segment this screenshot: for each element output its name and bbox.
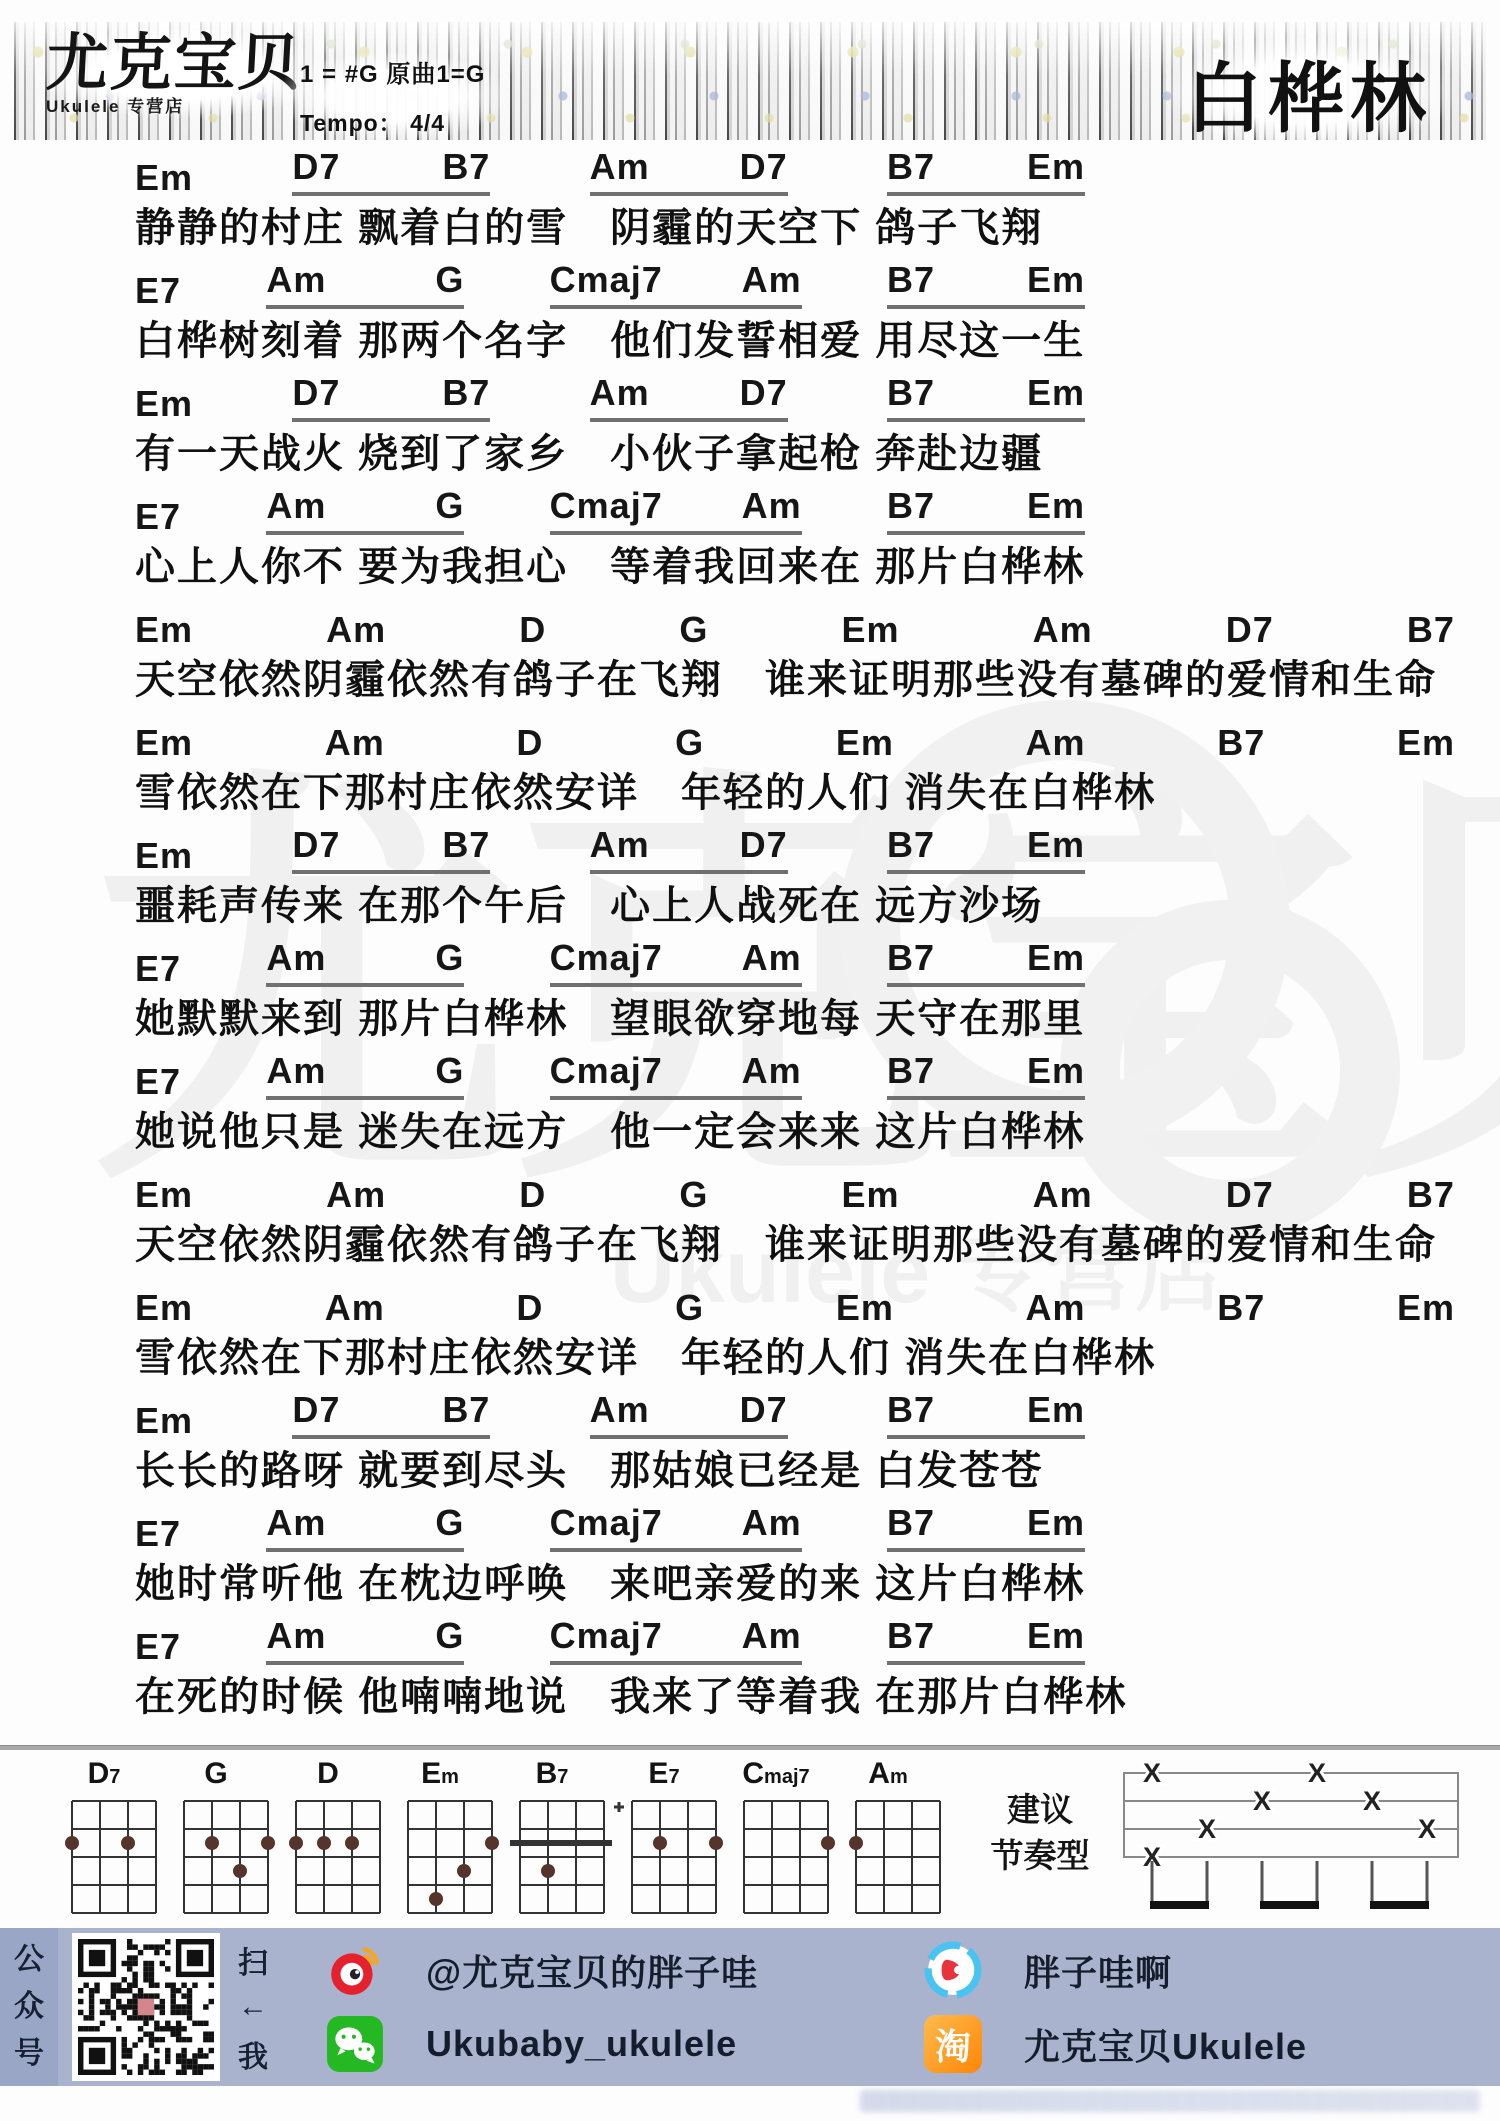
official-account-char: 众	[14, 1992, 44, 2022]
svg-text:X: X	[1253, 1786, 1271, 1816]
chord-symbol: G	[679, 612, 708, 648]
chord-line: E7AmGCmaj7AmB7Em	[135, 1619, 1085, 1665]
chord-symbol: G	[435, 1053, 464, 1089]
chord-group: D	[516, 725, 543, 761]
song-row: EmAmDGEmAmD7B7天空依然阴霾依然有鸽子在飞翔 谁来证明那些没有墓碑的…	[0, 1167, 1500, 1269]
scan-me-char: 我	[238, 2032, 268, 2076]
chord-symbol: E7	[135, 1629, 181, 1665]
chord-diagrams: D7GDEmB7E7Cmaj7Am	[52, 1757, 948, 1924]
lyric-line: 天空依然阴霾依然有鸽子在飞翔 谁来证明那些没有墓碑的爱情和生命	[135, 656, 1500, 704]
svg-text:X: X	[1143, 1763, 1161, 1788]
chord-symbol: B7	[887, 1053, 935, 1089]
chord-group-underlined: Cmaj7Am	[550, 1053, 802, 1100]
chord-diagram: Em	[388, 1757, 492, 1924]
chord-group: Am	[325, 725, 385, 761]
rhythm-label-line2: 节奏型	[970, 1833, 1110, 1879]
chord-group: Em	[135, 1177, 193, 1213]
brand-logo-text: 尤克宝贝	[44, 32, 303, 96]
song-row: E7AmGCmaj7AmB7Em她默默来到 那片白桦林 望眼欲穿地每 天守在那里	[0, 941, 1500, 1043]
chord-group: Em	[1397, 725, 1455, 761]
chord-sheet-page: 尤克宝贝 Ukulele 专营店 1 = #G 原曲1=G Tempo： 4/4…	[0, 0, 1500, 2121]
chord-diagram-panel: D7GDEmB7E7Cmaj7Am 建议 节奏型 XXXXXXX	[0, 1757, 1500, 1925]
chord-symbol: D7	[740, 827, 788, 863]
chord-group: Em	[135, 1290, 193, 1326]
chord-symbol: Cmaj7	[550, 488, 663, 524]
chord-group: E7	[135, 273, 181, 309]
chord-group: B7	[1407, 612, 1455, 648]
chord-diagram-label-sub: maj7	[764, 1766, 810, 1788]
chord-group-underlined: AmG	[266, 940, 464, 987]
chord-symbol: Am	[742, 940, 802, 976]
chord-group: D	[519, 612, 546, 648]
lyric-line: 白桦树刻着 那两个名字 他们发誓相爱 用尽这一生	[135, 317, 1500, 365]
lyric-line: 天空依然阴霾依然有鸽子在飞翔 谁来证明那些没有墓碑的爱情和生命	[135, 1221, 1500, 1269]
chord-symbol: Em	[1027, 1053, 1085, 1089]
faint-watermark-smudge	[860, 2090, 1480, 2112]
chord-diagram-label-sub: 7	[109, 1766, 120, 1788]
chord-symbol: G	[435, 488, 464, 524]
song-row: EmD7B7AmD7B7Em有一天战火 烧到了家乡 小伙子拿起枪 奔赴边疆	[0, 376, 1500, 478]
chord-group: Em	[135, 838, 193, 874]
chord-symbol: Em	[1027, 1392, 1085, 1428]
fretboard-grid	[612, 1793, 724, 1919]
chord-symbol: B7	[1407, 1177, 1455, 1213]
chord-diagram-label-sub: 7	[668, 1766, 679, 1788]
chord-symbol: Em	[1027, 1505, 1085, 1541]
chord-symbol: D	[519, 1177, 546, 1213]
weibo-handle: @尤克宝贝的胖子哇	[426, 1945, 898, 1996]
official-account-char: 号	[14, 2039, 44, 2069]
chord-group: Em	[842, 1177, 900, 1213]
fretboard-grid	[724, 1793, 836, 1919]
official-account-label: 公众号	[0, 1928, 58, 2086]
chord-diagram: G	[164, 1757, 268, 1924]
song-row: EmAmDGEmAmB7Em雪依然在下那村庄依然安详 年轻的人们 消失在白桦林	[0, 1280, 1500, 1382]
chord-symbol: E7	[135, 273, 181, 309]
song-row: EmAmDGEmAmB7Em雪依然在下那村庄依然安详 年轻的人们 消失在白桦林	[0, 715, 1500, 817]
fretboard-grid	[52, 1793, 164, 1919]
chord-line: E7AmGCmaj7AmB7Em	[135, 1506, 1085, 1552]
taobao-shop-name: 尤克宝贝Ukulele	[1024, 2019, 1307, 2070]
chord-symbol: D7	[740, 375, 788, 411]
chord-symbol: B7	[887, 375, 935, 411]
video-account-name: 胖子哇啊	[1024, 1945, 1307, 1996]
lyric-line: 雪依然在下那村庄依然安详 年轻的人们 消失在白桦林	[135, 1334, 1500, 1382]
chord-group-underlined: D7B7	[292, 1392, 490, 1439]
chord-symbol: Em	[135, 1290, 193, 1326]
chord-symbol: Em	[842, 612, 900, 648]
chord-group-underlined: AmG	[266, 1505, 464, 1552]
chord-symbol: Am	[266, 1053, 326, 1089]
chord-diagram: E7	[612, 1757, 716, 1924]
chord-line: E7AmGCmaj7AmB7Em	[135, 489, 1085, 535]
chord-symbol: D7	[292, 375, 340, 411]
song-row: E7AmGCmaj7AmB7Em白桦树刻着 那两个名字 他们发誓相爱 用尽这一生	[0, 263, 1500, 365]
chord-symbol: G	[675, 1290, 704, 1326]
chord-symbol: B7	[887, 940, 935, 976]
chord-group-underlined: D7B7	[292, 375, 490, 422]
chord-symbol: Am	[266, 262, 326, 298]
chord-symbol: Am	[742, 1505, 802, 1541]
chord-diagram-label-main: A	[868, 1757, 890, 1790]
chord-diagram-label: G	[164, 1757, 268, 1793]
chord-diagram: Am	[836, 1757, 940, 1924]
chord-symbol: E7	[135, 499, 181, 535]
chord-line: EmD7B7AmD7B7Em	[135, 828, 1085, 874]
chord-symbol: Am	[742, 1618, 802, 1654]
chord-symbol: B7	[442, 375, 490, 411]
scan-me-label: 扫←我	[220, 1932, 286, 2082]
song-row: EmD7B7AmD7B7Em静静的村庄 飘着白的雪 阴霾的天空下 鸽子飞翔	[0, 150, 1500, 252]
chord-group: D7	[1226, 612, 1274, 648]
lyric-line: 噩耗声传来 在那个午后 心上人战死在 远方沙场	[135, 882, 1500, 930]
chord-group: D7	[1226, 1177, 1274, 1213]
chord-symbol: Em	[1027, 488, 1085, 524]
chord-diagram-label: B7	[500, 1757, 604, 1793]
chord-symbol: Cmaj7	[550, 262, 663, 298]
video-app-icon	[924, 1941, 982, 1999]
chord-line: E7AmGCmaj7AmB7Em	[135, 941, 1085, 987]
chord-line: E7AmGCmaj7AmB7Em	[135, 1054, 1085, 1100]
chord-group: B7	[1217, 725, 1265, 761]
chord-symbol: Em	[135, 386, 193, 422]
lyric-line: 在死的时候 他喃喃地说 我来了等着我 在那片白桦林	[135, 1673, 1500, 1721]
footer-contact-bar: 公众号 扫←我 @尤克宝贝的胖子哇 胖子哇啊	[0, 1928, 1500, 2086]
chord-symbol: Am	[326, 1177, 386, 1213]
chord-group-underlined: B7Em	[887, 149, 1085, 196]
chord-symbol: Em	[135, 612, 193, 648]
song-row: EmD7B7AmD7B7Em长长的路呀 就要到尽头 那姑娘已经是 白发苍苍	[0, 1393, 1500, 1495]
chord-symbol: B7	[887, 1618, 935, 1654]
svg-text:X: X	[1198, 1814, 1216, 1844]
chord-symbol: B7	[442, 149, 490, 185]
svg-text:X: X	[1363, 1786, 1381, 1816]
chord-group: Am	[1026, 725, 1086, 761]
scan-me-char: 扫	[238, 1938, 268, 1982]
song-row: EmAmDGEmAmD7B7天空依然阴霾依然有鸽子在飞翔 谁来证明那些没有墓碑的…	[0, 602, 1500, 704]
chord-symbol: Am	[1026, 1290, 1086, 1326]
chord-symbol: D7	[740, 1392, 788, 1428]
chord-symbol: B7	[1217, 1290, 1265, 1326]
chord-group: G	[675, 1290, 704, 1326]
chord-symbol: Am	[266, 1505, 326, 1541]
chord-line: EmD7B7AmD7B7Em	[135, 1393, 1085, 1439]
chord-symbol: Em	[1027, 149, 1085, 185]
chord-symbol: B7	[1407, 612, 1455, 648]
wechat-icon	[326, 2015, 384, 2073]
chord-group: E7	[135, 1516, 181, 1552]
svg-text:X: X	[1308, 1763, 1326, 1788]
chord-symbol: G	[435, 1618, 464, 1654]
chord-symbol: Am	[590, 1392, 650, 1428]
lyric-line: 心上人你不 要为我担心 等着我回来在 那片白桦林	[135, 543, 1500, 591]
rhythm-suggestion-label: 建议 节奏型	[970, 1787, 1110, 1879]
chord-symbol: Em	[135, 1177, 193, 1213]
chord-symbol: Em	[135, 725, 193, 761]
chord-symbol: Em	[1027, 827, 1085, 863]
chord-symbol: G	[435, 1505, 464, 1541]
official-account-char: 公	[14, 1945, 44, 1975]
chord-group: B7	[1407, 1177, 1455, 1213]
lyric-line: 静静的村庄 飘着白的雪 阴霾的天空下 鸽子飞翔	[135, 204, 1500, 252]
chord-group: Am	[326, 1177, 386, 1213]
chord-group: Am	[325, 1290, 385, 1326]
chord-symbol: D	[516, 1290, 543, 1326]
scan-me-char: ←	[238, 1990, 268, 2024]
lyric-line: 有一天战火 烧到了家乡 小伙子拿起枪 奔赴边疆	[135, 430, 1500, 478]
chord-symbol: Am	[742, 262, 802, 298]
chord-symbol: B7	[1217, 725, 1265, 761]
chord-group: Am	[326, 612, 386, 648]
chord-symbol: Am	[742, 488, 802, 524]
chord-group-underlined: B7Em	[887, 1618, 1085, 1665]
chord-group: Em	[836, 1290, 894, 1326]
song-row: E7AmGCmaj7AmB7Em她说他只是 迷失在远方 他一定会来来 这片白桦林	[0, 1054, 1500, 1156]
chord-symbol: D7	[1226, 1177, 1274, 1213]
fretboard-grid	[500, 1793, 612, 1919]
chord-group: G	[679, 1177, 708, 1213]
fretboard-grid	[164, 1793, 276, 1919]
chord-symbol: D	[516, 725, 543, 761]
chord-group-underlined: AmG	[266, 262, 464, 309]
chord-symbol: B7	[887, 488, 935, 524]
qr-code-image	[78, 1939, 214, 2075]
taobao-icon: 淘	[924, 2015, 982, 2073]
chord-group-underlined: B7Em	[887, 940, 1085, 987]
lyric-line: 她时常听他 在枕边呼唤 来吧亲爱的来 这片白桦林	[135, 1560, 1500, 1608]
lyric-line: 她默默来到 那片白桦林 望眼欲穿地每 天守在那里	[135, 995, 1500, 1043]
weibo-icon	[326, 1941, 384, 1999]
chord-diagram-label: Am	[836, 1757, 940, 1793]
chord-line: EmAmDGEmAmD7B7	[135, 602, 1455, 648]
chord-group-underlined: B7Em	[887, 1392, 1085, 1439]
fretboard-grid	[388, 1793, 500, 1919]
chord-group: Em	[135, 1403, 193, 1439]
chord-group: Em	[842, 612, 900, 648]
chord-symbol: G	[435, 262, 464, 298]
chord-diagram-label-main: B	[536, 1757, 558, 1790]
chord-group: Am	[1033, 612, 1093, 648]
chord-symbol: Am	[590, 149, 650, 185]
chord-diagram-label-sub: 7	[557, 1766, 568, 1788]
chord-group-underlined: AmG	[266, 488, 464, 535]
chord-group-underlined: Cmaj7Am	[550, 262, 802, 309]
chord-symbol: Em	[135, 160, 193, 196]
chord-line: EmAmDGEmAmB7Em	[135, 1280, 1455, 1326]
chord-group: Em	[135, 386, 193, 422]
chord-symbol: Em	[135, 1403, 193, 1439]
chord-symbol: Em	[1027, 375, 1085, 411]
chord-symbol: Cmaj7	[550, 1053, 663, 1089]
song-row: E7AmGCmaj7AmB7Em在死的时候 他喃喃地说 我来了等着我 在那片白桦…	[0, 1619, 1500, 1721]
chord-group-underlined: Cmaj7Am	[550, 1505, 802, 1552]
section-divider	[0, 1745, 1500, 1750]
chord-symbol: Am	[742, 1053, 802, 1089]
chord-line: EmD7B7AmD7B7Em	[135, 150, 1085, 196]
chord-symbol: E7	[135, 951, 181, 987]
chord-line: EmAmDGEmAmB7Em	[135, 715, 1455, 761]
chord-symbol: B7	[442, 827, 490, 863]
chord-symbol: Am	[266, 940, 326, 976]
chord-diagram-label: E7	[612, 1757, 716, 1793]
chord-symbol: Em	[836, 725, 894, 761]
chord-group: Am	[1033, 1177, 1093, 1213]
chord-group: Em	[836, 725, 894, 761]
chord-line: E7AmGCmaj7AmB7Em	[135, 263, 1085, 309]
chord-symbol: B7	[442, 1392, 490, 1428]
chord-group-underlined: AmG	[266, 1053, 464, 1100]
chord-group-underlined: AmD7	[590, 827, 788, 874]
chord-symbol: Em	[1027, 1618, 1085, 1654]
chord-symbol: E7	[135, 1064, 181, 1100]
chord-diagram-label-main: E	[648, 1757, 668, 1790]
chord-symbol: Am	[590, 827, 650, 863]
chord-group: E7	[135, 1064, 181, 1100]
chord-group: Am	[1026, 1290, 1086, 1326]
chord-group: E7	[135, 499, 181, 535]
chord-symbol: Em	[1397, 1290, 1455, 1326]
chord-symbol: Am	[266, 488, 326, 524]
chord-diagram-label-main: D	[88, 1757, 110, 1790]
chord-symbol: B7	[887, 827, 935, 863]
chord-group-underlined: B7Em	[887, 1505, 1085, 1552]
chord-symbol: D7	[740, 149, 788, 185]
chord-symbol: D7	[292, 1392, 340, 1428]
chord-symbol: Em	[135, 838, 193, 874]
chord-symbol: Cmaj7	[550, 1505, 663, 1541]
chord-symbol: B7	[887, 262, 935, 298]
chord-symbol: Em	[1027, 262, 1085, 298]
chord-symbol: Am	[590, 375, 650, 411]
chord-group: Em	[135, 160, 193, 196]
svg-text:X: X	[1418, 1814, 1436, 1844]
chord-diagram: D	[276, 1757, 380, 1924]
key-tempo-block: 1 = #G 原曲1=G Tempo： 4/4	[274, 50, 511, 142]
chord-symbol: Am	[266, 1618, 326, 1654]
chord-symbol: B7	[887, 149, 935, 185]
song-row: E7AmGCmaj7AmB7Em心上人你不 要为我担心 等着我回来在 那片白桦林	[0, 489, 1500, 591]
chord-group: B7	[1217, 1290, 1265, 1326]
chord-group-underlined: AmD7	[590, 375, 788, 422]
chord-group-underlined: Cmaj7Am	[550, 940, 802, 987]
chord-symbol: Am	[325, 725, 385, 761]
chord-group: D	[519, 1177, 546, 1213]
chord-diagram-label-main: G	[204, 1757, 227, 1790]
chord-group: Em	[135, 612, 193, 648]
song-row: EmD7B7AmD7B7Em噩耗声传来 在那个午后 心上人战死在 远方沙场	[0, 828, 1500, 930]
chord-symbol: B7	[887, 1505, 935, 1541]
chord-group-underlined: B7Em	[887, 488, 1085, 535]
chord-group: G	[679, 612, 708, 648]
rhythm-tab: XXXXXXX	[1116, 1763, 1466, 1915]
chord-group-underlined: Cmaj7Am	[550, 1618, 802, 1665]
chord-diagram-label-sub: m	[441, 1766, 459, 1788]
chord-diagram-label: D	[276, 1757, 380, 1793]
chord-group-underlined: AmD7	[590, 149, 788, 196]
chord-symbol: Cmaj7	[550, 940, 663, 976]
song-row: E7AmGCmaj7AmB7Em她时常听他 在枕边呼唤 来吧亲爱的来 这片白桦林	[0, 1506, 1500, 1608]
chord-symbol: B7	[887, 1392, 935, 1428]
chord-group-underlined: AmG	[266, 1618, 464, 1665]
song-body: EmD7B7AmD7B7Em静静的村庄 飘着白的雪 阴霾的天空下 鸽子飞翔E7A…	[0, 150, 1500, 1732]
chord-symbol: G	[679, 1177, 708, 1213]
chord-symbol: G	[675, 725, 704, 761]
chord-symbol: D7	[1226, 612, 1274, 648]
chord-symbol: G	[435, 940, 464, 976]
chord-group-underlined: B7Em	[887, 1053, 1085, 1100]
chord-symbol: D7	[292, 827, 340, 863]
chord-diagram: D7	[52, 1757, 156, 1924]
chord-diagram-label: Em	[388, 1757, 492, 1793]
chord-group: E7	[135, 951, 181, 987]
song-title: 白桦林	[1160, 36, 1458, 149]
chord-symbol: Am	[1033, 612, 1093, 648]
chord-group-underlined: AmD7	[590, 1392, 788, 1439]
tempo: Tempo： 4/4	[300, 105, 485, 138]
chord-group-underlined: Cmaj7Am	[550, 488, 802, 535]
chord-group: E7	[135, 1629, 181, 1665]
chord-diagram: B7	[500, 1757, 604, 1924]
chord-symbol: D7	[292, 149, 340, 185]
chord-diagram-label-sub: m	[890, 1766, 908, 1788]
key-signature: 1 = #G 原曲1=G	[300, 54, 485, 89]
fretboard-grid	[276, 1793, 388, 1919]
chord-group-underlined: D7B7	[292, 827, 490, 874]
lyric-line: 她说他只是 迷失在远方 他一定会来来 这片白桦林	[135, 1108, 1500, 1156]
chord-diagram-label-main: D	[317, 1757, 339, 1790]
chord-group: Em	[135, 725, 193, 761]
chord-symbol: Am	[1033, 1177, 1093, 1213]
chord-diagram: Cmaj7	[724, 1757, 828, 1924]
chord-line: EmAmDGEmAmD7B7	[135, 1167, 1455, 1213]
taobao-icon-char: 淘	[935, 2019, 971, 2070]
chord-symbol: Cmaj7	[550, 1618, 663, 1654]
chord-group: Em	[1397, 1290, 1455, 1326]
chord-diagram-label: D7	[52, 1757, 156, 1793]
lyric-line: 长长的路呀 就要到尽头 那姑娘已经是 白发苍苍	[135, 1447, 1500, 1495]
rhythm-pattern-figure: XXXXXXX	[1116, 1763, 1466, 1920]
chord-symbol: E7	[135, 1516, 181, 1552]
wechat-id: Ukubaby_ukulele	[426, 2023, 898, 2065]
lyric-line: 雪依然在下那村庄依然安详 年轻的人们 消失在白桦林	[135, 769, 1500, 817]
chord-symbol: Am	[326, 612, 386, 648]
social-links: @尤克宝贝的胖子哇 胖子哇啊 Ukubaby_ukulele 淘 尤克宝贝Uku	[326, 1941, 1307, 2073]
chord-symbol: Em	[836, 1290, 894, 1326]
chord-group: G	[675, 725, 704, 761]
chord-symbol: D	[519, 612, 546, 648]
fretboard-grid	[836, 1793, 948, 1919]
chord-diagram-label-main: C	[742, 1757, 764, 1790]
chord-group-underlined: B7Em	[887, 262, 1085, 309]
header-birch-banner: 尤克宝贝 Ukulele 专营店 1 = #G 原曲1=G Tempo： 4/4…	[14, 22, 1486, 140]
chord-group-underlined: B7Em	[887, 375, 1085, 422]
chord-group-underlined: D7B7	[292, 149, 490, 196]
chord-symbol: Am	[325, 1290, 385, 1326]
chord-group: D	[516, 1290, 543, 1326]
chord-symbol: Em	[1397, 725, 1455, 761]
chord-group-underlined: B7Em	[887, 827, 1085, 874]
chord-symbol: Am	[1026, 725, 1086, 761]
chord-diagram-label-main: E	[421, 1757, 441, 1790]
chord-symbol: Em	[1027, 940, 1085, 976]
chord-diagram-label: Cmaj7	[724, 1757, 828, 1793]
chord-line: EmD7B7AmD7B7Em	[135, 376, 1085, 422]
chord-symbol: Em	[842, 1177, 900, 1213]
qr-code	[72, 1933, 220, 2081]
rhythm-label-line1: 建议	[970, 1787, 1110, 1833]
